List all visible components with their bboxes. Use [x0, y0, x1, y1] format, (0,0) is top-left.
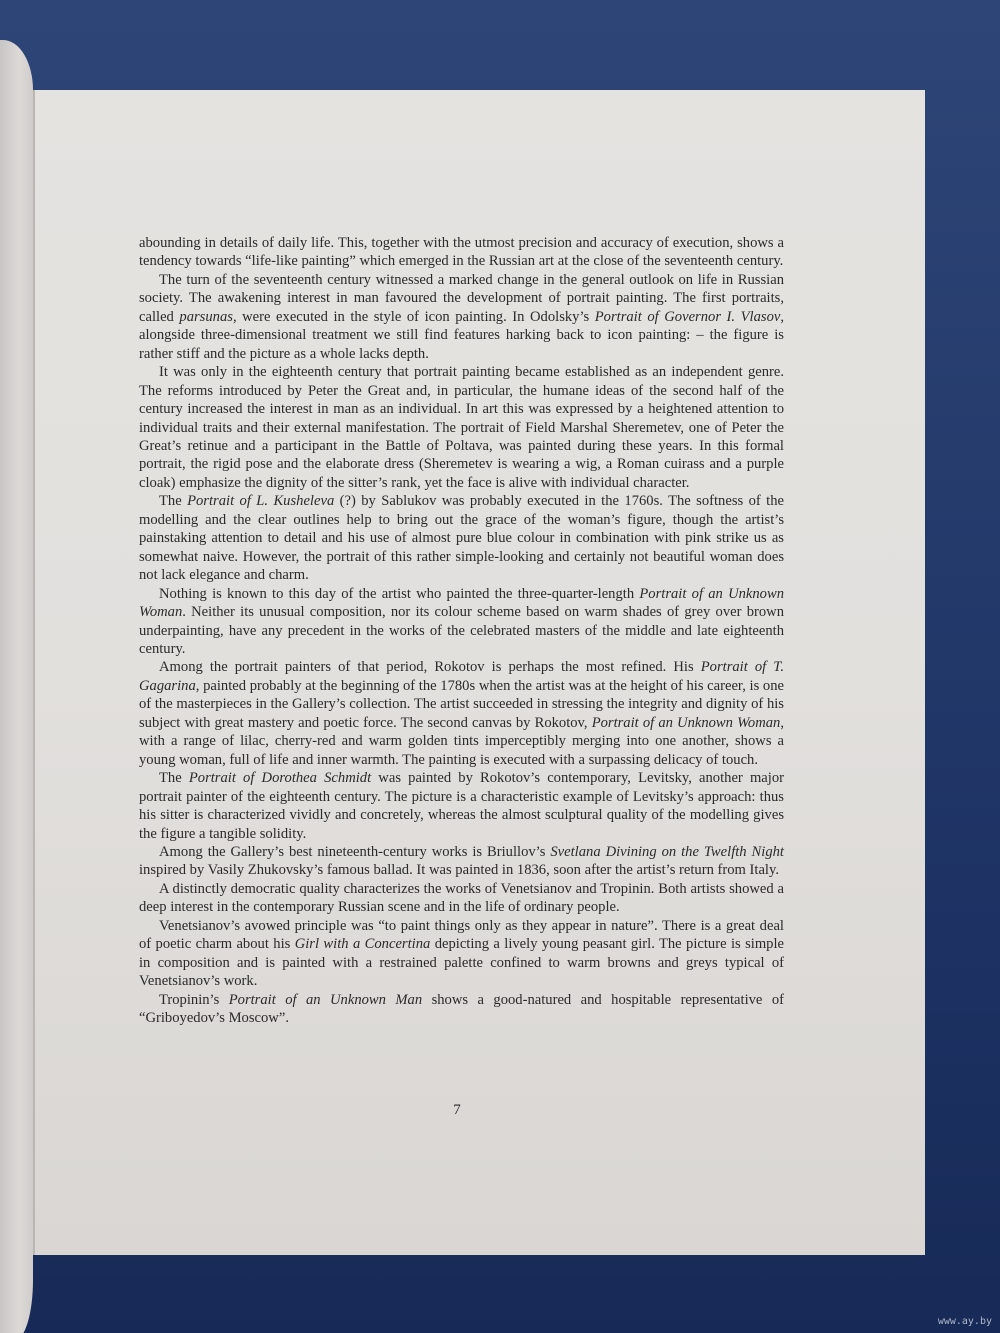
- text-run: A distinctly democratic quality characte…: [139, 881, 784, 915]
- artwork-title: Portrait of L. Kusheleva: [187, 493, 334, 509]
- artwork-title: Portrait of Dorothea Schmidt: [189, 770, 371, 786]
- text-run: inspired by Vasily Zhukovsky’s famous ba…: [139, 862, 779, 878]
- paragraph: The Portrait of L. Kusheleva (?) by Sabl…: [139, 492, 784, 584]
- paragraph: Nothing is known to this day of the arti…: [139, 585, 784, 659]
- paragraph: A distinctly democratic quality characte…: [139, 880, 784, 917]
- artwork-title: Portrait of an Unknown Woman: [592, 715, 781, 731]
- artwork-title: Girl with a Concertina: [295, 936, 431, 952]
- paragraph: The Portrait of Dorothea Schmidt was pai…: [139, 769, 784, 843]
- text-run: Nothing is known to this day of the arti…: [159, 586, 639, 602]
- text-run: Among the Gallery’s best nineteenth-cent…: [159, 844, 550, 860]
- text-run: The: [159, 770, 189, 786]
- paragraph: abounding in details of daily life. This…: [139, 234, 784, 271]
- paragraph: Among the portrait painters of that peri…: [139, 658, 784, 769]
- paragraph: The turn of the seventeenth century witn…: [139, 271, 784, 363]
- body-text: abounding in details of daily life. This…: [139, 234, 784, 1027]
- paragraph: Tropinin’s Portrait of an Unknown Man sh…: [139, 991, 784, 1028]
- paragraph: It was only in the eighteenth century th…: [139, 363, 784, 492]
- paragraph: Among the Gallery’s best nineteenth-cent…: [139, 843, 784, 880]
- text-run: Among the portrait painters of that peri…: [159, 659, 701, 675]
- artwork-title: Svetlana Divining on the Twelfth Night: [550, 844, 784, 860]
- text-run: . Neither its unusual composition, nor i…: [139, 604, 784, 657]
- page-number: 7: [445, 1102, 469, 1119]
- facing-page-edge: [0, 40, 33, 1333]
- text-run: The: [159, 493, 187, 509]
- text-run: It was only in the eighteenth century th…: [139, 364, 784, 491]
- watermark: www.ay.by: [938, 1316, 992, 1327]
- text-run: abounding in details of daily life. This…: [139, 235, 784, 269]
- paragraph: Venetsianov’s avowed principle was “to p…: [139, 917, 784, 991]
- artwork-title: parsunas: [179, 309, 233, 325]
- book-page: abounding in details of daily life. This…: [33, 90, 925, 1255]
- text-run: , were executed in the style of icon pai…: [233, 309, 595, 325]
- artwork-title: Portrait of Governor I. Vlasov: [595, 309, 781, 325]
- artwork-title: Portrait of an Unknown Man: [229, 992, 422, 1008]
- text-run: Tropinin’s: [159, 992, 229, 1008]
